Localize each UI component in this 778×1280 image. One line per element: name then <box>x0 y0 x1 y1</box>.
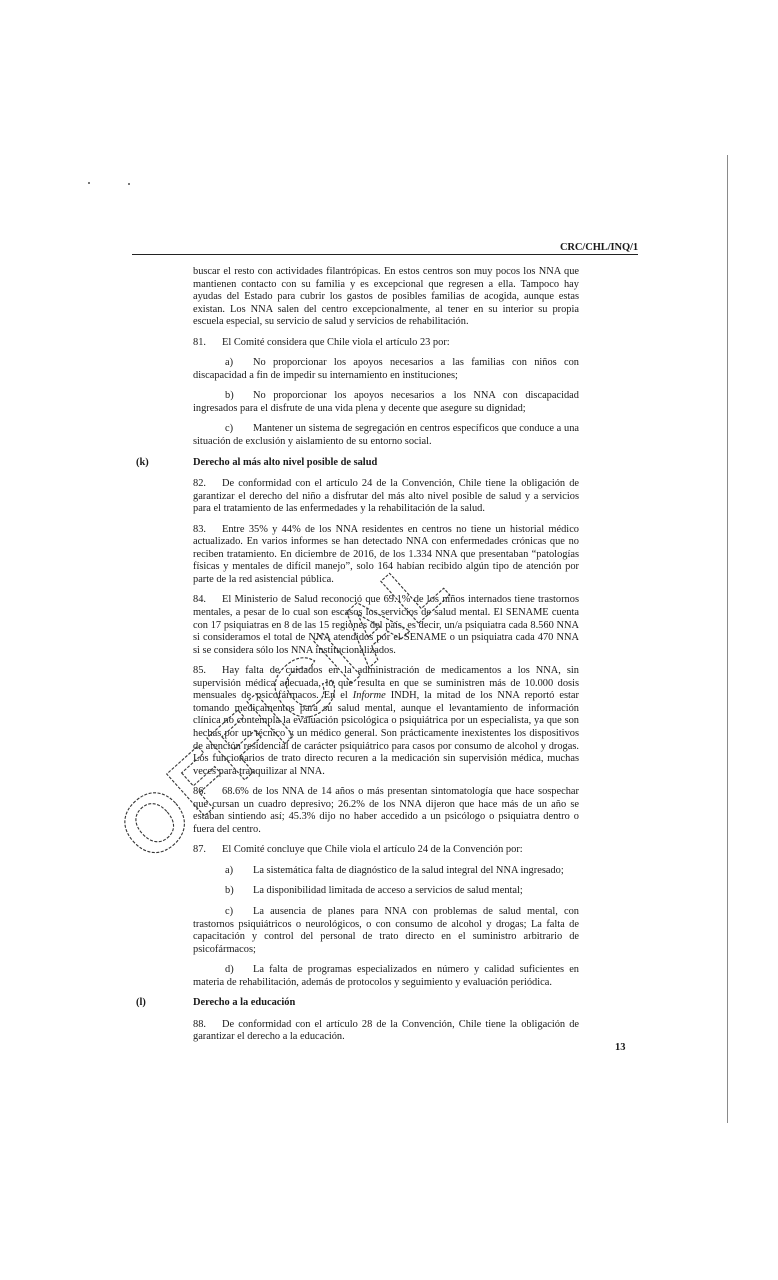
section-title: Derecho a la educación <box>193 997 295 1008</box>
list-item-text: La sistemática falta de diagnóstico de l… <box>253 865 564 876</box>
paragraph-text: El Ministerio de Salud reconoció que 69.… <box>193 594 579 655</box>
paragraph-text: INDH, la mitad de los NNA reportó estar … <box>193 690 579 776</box>
document-symbol: CRC/CHL/INQ/1 <box>560 242 638 253</box>
list-item: b)No proporcionar los apoyos necesarios … <box>193 390 579 415</box>
paragraph-86: 86.68.6% de los NNA de 14 años o más pre… <box>193 786 579 836</box>
paragraph-81: 81.El Comité considera que Chile viola e… <box>193 337 579 350</box>
page-number: 13 <box>615 1042 626 1053</box>
paragraph-text: 68.6% de los NNA de 14 años o más presen… <box>193 786 579 835</box>
list-item-label: d) <box>225 964 253 977</box>
paragraph-number: 88. <box>193 1019 222 1032</box>
scan-specks <box>88 182 138 188</box>
scan-margin-line <box>727 155 728 1123</box>
header-rule <box>132 254 638 255</box>
list-item-label: b) <box>225 390 253 403</box>
paragraph-number: 86. <box>193 786 222 799</box>
list-item-text: La disponibilidad limitada de acceso a s… <box>253 885 523 896</box>
list-item: c)La ausencia de planes para NNA con pro… <box>193 906 579 956</box>
report-title: Informe <box>353 690 386 701</box>
page-header: CRC/CHL/INQ/1 <box>132 238 638 256</box>
paragraph-82: 82.De conformidad con el artículo 24 de … <box>193 478 579 516</box>
section-heading-k: (k) Derecho al más alto nivel posible de… <box>193 457 579 470</box>
paragraph-number: 85. <box>193 665 222 678</box>
paragraph-number: 83. <box>193 524 222 537</box>
list-item: a)No proporcionar los apoyos necesarios … <box>193 357 579 382</box>
paragraph-83: 83.Entre 35% y 44% de los NNA residentes… <box>193 524 579 587</box>
list-item-label: c) <box>225 423 253 436</box>
paragraph-text: Entre 35% y 44% de los NNA residentes en… <box>193 524 579 585</box>
list-item: b)La disponibilidad limitada de acceso a… <box>193 885 579 898</box>
document-body: buscar el resto con actividades filantró… <box>193 266 579 1052</box>
list-item-label: c) <box>225 906 253 919</box>
scan-speck <box>128 183 130 185</box>
list-item-label: a) <box>225 865 253 878</box>
paragraph-text: De conformidad con el artículo 28 de la … <box>193 1019 579 1043</box>
scan-speck <box>88 182 90 184</box>
paragraph-text: De conformidad con el artículo 24 de la … <box>193 478 579 514</box>
paragraph-text: El Comité considera que Chile viola el a… <box>222 337 450 348</box>
paragraph-number: 84. <box>193 594 222 607</box>
section-title: Derecho al más alto nivel posible de sal… <box>193 457 377 468</box>
list-item: d)La falta de programas especializados e… <box>193 964 579 989</box>
list-item-label: a) <box>225 357 253 370</box>
paragraph-continuation: buscar el resto con actividades filantró… <box>193 266 579 329</box>
list-item: c)Mantener un sistema de segregación en … <box>193 423 579 448</box>
paragraph-87: 87.El Comité concluye que Chile viola el… <box>193 844 579 857</box>
paragraph-text: El Comité concluye que Chile viola el ar… <box>222 844 523 855</box>
paragraph-88: 88.De conformidad con el artículo 28 de … <box>193 1019 579 1044</box>
section-heading-l: (l) Derecho a la educación <box>193 997 579 1010</box>
list-item-label: b) <box>225 885 253 898</box>
section-label: (k) <box>136 457 149 470</box>
section-label: (l) <box>136 997 146 1010</box>
paragraph-number: 87. <box>193 844 222 857</box>
paragraph-84: 84.El Ministerio de Salud reconoció que … <box>193 594 579 657</box>
paragraph-number: 81. <box>193 337 222 350</box>
list-item: a)La sistemática falta de diagnóstico de… <box>193 865 579 878</box>
paragraph-number: 82. <box>193 478 222 491</box>
paragraph-85: 85.Hay falta de cuidados en la administr… <box>193 665 579 778</box>
